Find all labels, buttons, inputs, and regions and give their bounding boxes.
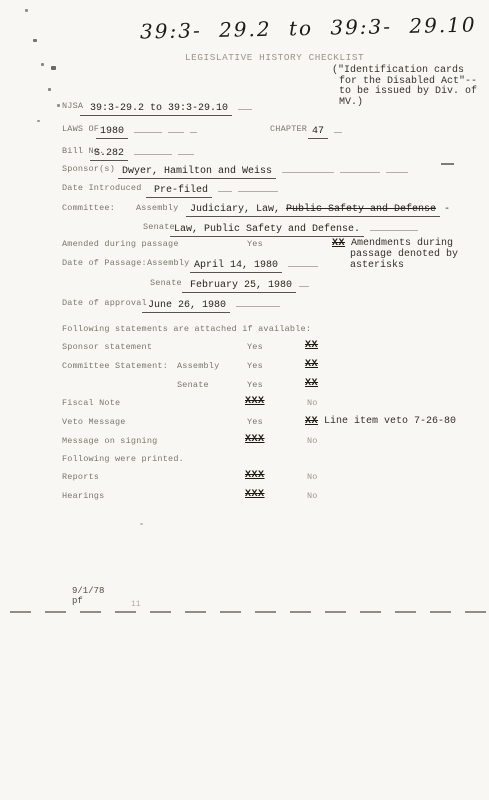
date-of-approval-text: June 26, 1980 [142,300,230,313]
chapter-value-text: 47 [308,126,328,139]
document-title: LEGISLATIVE HISTORY CHECKLIST [185,52,364,63]
handwritten-citation: 39:3- 29.2 to 39:3- 29.10 [140,12,477,43]
date-of-passage-label: Date of Passage: [62,258,147,269]
scanned-document-page: 39:3- 29.2 to 39:3- 29.10 LEGISLATIVE HI… [0,0,489,800]
laws-of-value: 1980 [96,122,197,138]
date-of-passage-assembly-value: April 14, 1980 [190,256,318,272]
committee-senate-value-text: Law, Public Safety and Defense. [170,224,364,237]
committee-assembly-suffix: - [444,204,450,215]
dashed-separator-line [10,611,489,613]
committee-senate-value: Law, Public Safety and Defense. [170,220,418,236]
form-preparer-initials: pf [72,596,83,606]
sponsors-label: Sponsor(s) [62,164,115,175]
committee-assembly-label: Assembly [136,203,178,214]
sponsors-value: Dwyer, Hamilton and Weiss [118,162,408,178]
amended-answer: Yes [247,239,263,250]
row-hearings-mark: XXX [245,489,265,501]
row-fiscal-note-no: No [307,398,318,409]
row-sponsor-statement-yes: Yes [247,342,263,353]
form-revision-date: 9/1/78 [72,586,104,596]
row-fiscal-note-label: Fiscal Note [62,398,120,409]
row-hearings-label: Hearings [62,491,104,502]
amendments-note-line2: passage denoted by [350,249,458,261]
row-committee-assembly-mark: XX [305,359,318,371]
amendments-note-line1: Amendments during [351,238,453,249]
row-veto-message-note: XX Line item veto 7-26-80 [305,416,456,428]
laws-of-value-text: 1980 [96,126,128,139]
date-of-passage-senate-value: February 25, 1980 [182,276,309,292]
row-message-signing-no: No [307,436,318,447]
row-veto-message-yes: Yes [247,417,263,428]
row-message-signing-mark: XXX [245,434,265,446]
row-committee-statement-assembly: Assembly [177,361,219,372]
date-of-passage-assembly-text: April 14, 1980 [190,260,282,273]
date-of-passage-assembly-label: Assembly [147,258,189,269]
row-reports-label: Reports [62,472,99,483]
date-introduced-label: Date Introduced [62,183,142,194]
date-of-approval-value: June 26, 1980 [142,296,280,312]
row-reports-no: No [307,472,318,483]
njsa-value: 39:3-29.2 to 39:3-29.10 [80,99,252,115]
attachments-heading: Following statements are attached if ava… [62,324,311,335]
row-committee-assembly-yes: Yes [247,361,263,372]
date-of-passage-senate-text: February 25, 1980 [182,280,296,293]
amendments-note-line3: asterisks [350,260,404,272]
row-reports-mark: XXX [245,470,265,482]
row-sponsor-statement-mark: XX [305,340,318,352]
date-introduced-value-text: Pre-filed [146,185,212,198]
scan-speck [51,66,56,70]
scan-speck [48,88,51,91]
printed-heading: Following were printed. [62,454,184,465]
sponsors-value-text: Dwyer, Hamilton and Weiss [118,166,276,179]
scan-speck [37,120,40,122]
scan-speck [33,39,37,42]
scan-edge-mark [441,163,454,165]
row-committee-senate-yes: Yes [247,380,263,391]
row-committee-statement-label: Committee Statement: [62,361,168,372]
scan-speck [25,9,28,12]
stray-scan-mark: 11 [131,600,141,609]
identification-side-note: ("Identification cards for the Disabled … [332,66,477,108]
scan-speck [57,104,60,107]
date-of-approval-label: Date of approval [62,298,147,309]
amendments-note: XX Amendments during [332,238,453,250]
row-fiscal-note-mark: XXX [245,396,265,408]
bill-no-value: S.282 [90,144,194,160]
row-veto-message-note-text: Line item veto 7-26-80 [324,416,456,427]
row-message-signing-label: Message on signing [62,436,157,447]
row-hearings-no: No [307,491,318,502]
chapter-label: CHAPTER [270,124,307,135]
committee-label: Committee: [62,203,115,214]
njsa-value-text: 39:3-29.2 to 39:3-29.10 [80,103,232,116]
side-note-line: ("Identification cards [332,66,477,77]
date-of-passage-senate-label: Senate [150,278,182,289]
row-veto-message-label: Veto Message [62,417,126,428]
row-veto-message-mark: XX [305,416,318,427]
scan-speck [41,63,44,66]
amended-mark: XX [332,238,345,249]
bill-no-value-text: S.282 [90,148,128,161]
side-note-line: MV.) [332,98,477,109]
row-committee-senate-mark: XX [305,378,318,390]
form-revision-note: 9/1/78pf [72,586,104,606]
row-sponsor-statement-label: Sponsor statement [62,342,152,353]
committee-assembly-kept: Judiciary, Law, [186,204,284,217]
scan-speck [140,523,143,525]
amended-label: Amended during passage [62,239,179,250]
date-introduced-value: Pre-filed [146,181,278,197]
row-committee-statement-senate: Senate [177,380,209,391]
committee-assembly-struck: Public Safety and Defense [284,204,440,217]
laws-of-label: LAWS OF [62,124,99,135]
committee-assembly-value: Judiciary, Law,Public Safety and Defense… [186,201,450,216]
chapter-value: 47 [308,122,342,138]
